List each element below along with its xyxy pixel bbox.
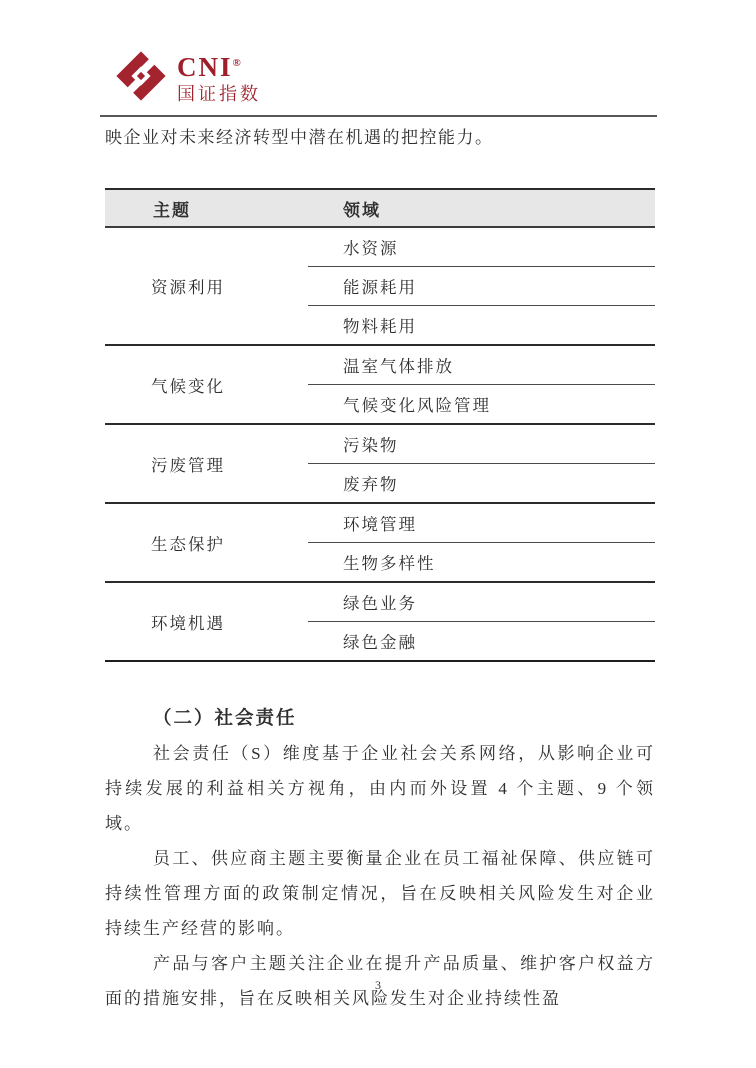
logo-brand-chinese: 国证指数: [177, 82, 261, 106]
field-cell: 水资源: [308, 227, 655, 267]
table-row: 气候变化温室气体排放: [105, 345, 655, 385]
theme-cell: 生态保护: [105, 503, 308, 582]
field-cell: 污染物: [308, 424, 655, 464]
theme-cell: 气候变化: [105, 345, 308, 424]
field-cell: 废弃物: [308, 464, 655, 504]
document-page: CNI® 国证指数 映企业对未来经济转型中潜在机遇的把控能力。 主题 领域 资源…: [0, 0, 756, 1068]
field-cell: 能源耗用: [308, 267, 655, 306]
field-cell: 绿色金融: [308, 622, 655, 662]
paragraph: 员工、供应商主题主要衡量企业在员工福祉保障、供应链可持续性管理方面的政策制定情况…: [105, 841, 655, 946]
page-body: 映企业对未来经济转型中潜在机遇的把控能力。 主题 领域 资源利用水资源能源耗用物…: [105, 124, 655, 1016]
table-body: 资源利用水资源能源耗用物料耗用气候变化温室气体排放气候变化风险管理污废管理污染物…: [105, 227, 655, 661]
table-row: 生态保护环境管理: [105, 503, 655, 543]
logo-brand-text: CNI®: [177, 50, 261, 80]
intro-text: 映企业对未来经济转型中潜在机遇的把控能力。: [105, 124, 655, 152]
logo-text: CNI® 国证指数: [177, 46, 261, 106]
column-header-theme: 主题: [105, 189, 308, 227]
field-cell: 绿色业务: [308, 582, 655, 622]
table-header-row: 主题 领域: [105, 189, 655, 227]
cni-logo: CNI® 国证指数: [112, 46, 261, 106]
cni-logo-mark-icon: [112, 46, 170, 106]
page-footer: 3: [0, 976, 756, 994]
theme-cell: 污废管理: [105, 424, 308, 503]
field-cell: 气候变化风险管理: [308, 385, 655, 425]
field-cell: 生物多样性: [308, 543, 655, 583]
field-cell: 环境管理: [308, 503, 655, 543]
column-header-field: 领域: [308, 189, 655, 227]
field-cell: 物料耗用: [308, 306, 655, 346]
theme-cell: 环境机遇: [105, 582, 308, 661]
field-cell: 温室气体排放: [308, 345, 655, 385]
header-divider: [100, 115, 657, 117]
table-row: 资源利用水资源: [105, 227, 655, 267]
section-heading: （二）社会责任: [153, 704, 655, 730]
theme-cell: 资源利用: [105, 227, 308, 345]
registered-trademark-icon: ®: [233, 57, 241, 69]
page-number: 3: [375, 978, 381, 992]
table-header: 主题 领域: [105, 189, 655, 227]
esg-environment-table: 主题 领域 资源利用水资源能源耗用物料耗用气候变化温室气体排放气候变化风险管理污…: [105, 188, 655, 662]
logo-brand-cni: CNI: [177, 52, 233, 82]
paragraph: 社会责任（S）维度基于企业社会关系网络，从影响企业可持续发展的利益相关方视角，由…: [105, 736, 655, 841]
table-row: 污废管理污染物: [105, 424, 655, 464]
table-row: 环境机遇绿色业务: [105, 582, 655, 622]
